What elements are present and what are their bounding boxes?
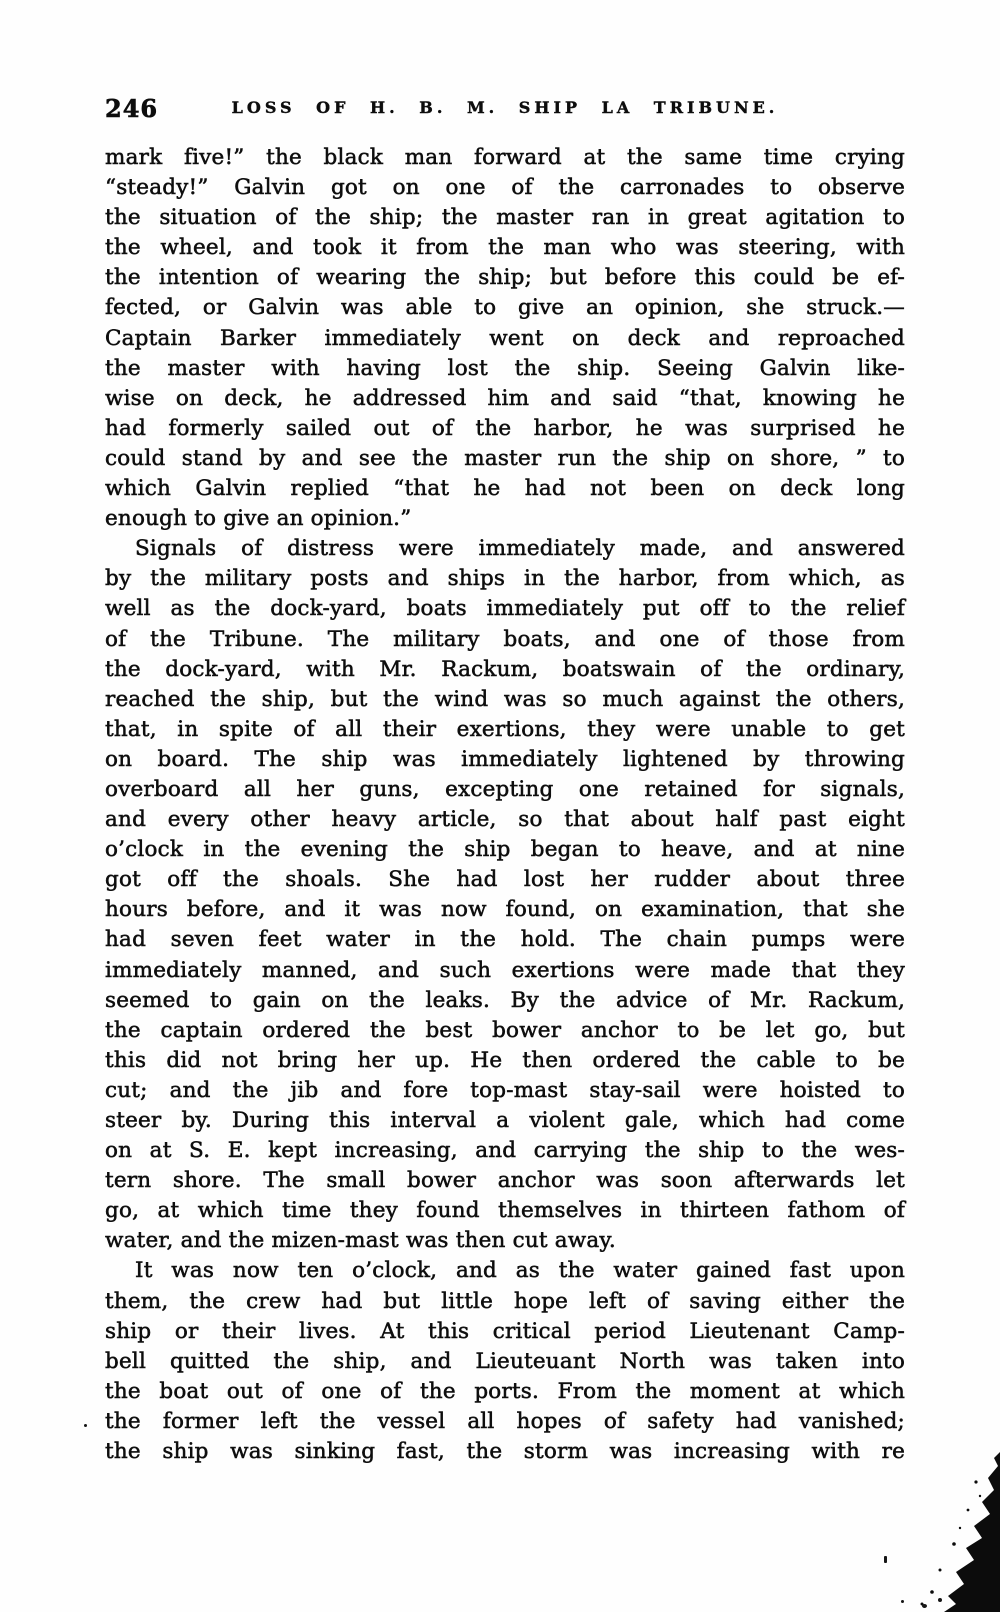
text-line: the master with having lost the ship. Se… (105, 354, 905, 384)
text-line: seemed to gain on the leaks. By the advi… (105, 986, 905, 1016)
text-line: that, in spite of all their exertions, t… (105, 715, 905, 745)
text-line: wise on deck, he addressed him and said … (105, 384, 905, 414)
ink-speck (922, 1604, 927, 1608)
ink-speck (84, 1424, 87, 1427)
text-line: overboard all her guns, excepting one re… (105, 775, 905, 805)
text-line: go, at which time they found themselves … (105, 1196, 905, 1226)
ink-speck (884, 1556, 887, 1563)
page-header: 246 LOSS OF H. B. M. SHIP LA TRIBUNE. (105, 94, 905, 124)
ink-speck (901, 1600, 904, 1603)
text-line: “steady!” Galvin got on one of the carro… (105, 173, 905, 203)
text-line: hours before, and it was now found, on e… (105, 895, 905, 925)
text-line: bell quitted the ship, and Lieuteuant No… (105, 1347, 905, 1377)
text-line: on board. The ship was immediately light… (105, 745, 905, 775)
body-text: mark five!” the black man forward at the… (105, 143, 905, 1467)
page-number: 246 (105, 94, 158, 123)
text-line: could stand by and see the master run th… (105, 444, 905, 474)
text-line: the situation of the ship; the master ra… (105, 203, 905, 233)
ink-speck (938, 1598, 942, 1602)
text-line: tern shore. The small bower anchor was s… (105, 1166, 905, 1196)
text-line: which Galvin replied “that he had not be… (105, 474, 905, 504)
text-line: this did not bring her up. He then order… (105, 1046, 905, 1076)
text-line: o’clock in the evening the ship began to… (105, 835, 905, 865)
book-page: 246 LOSS OF H. B. M. SHIP LA TRIBUNE. ma… (0, 0, 1000, 1612)
text-line: and every other heavy article, so that a… (105, 805, 905, 835)
text-line: by the military posts and ships in the h… (105, 564, 905, 594)
text-line: It was now ten o’clock, and as the water… (105, 1256, 905, 1286)
text-line: got off the shoals. She had lost her rud… (105, 865, 905, 895)
text-line: the ship was sinking fast, the storm was… (105, 1437, 905, 1467)
text-line: well as the dock-yard, boats immediately… (105, 594, 905, 624)
running-title: LOSS OF H. B. M. SHIP LA TRIBUNE. (232, 98, 779, 117)
text-line: Captain Barker immediately went on deck … (105, 324, 905, 354)
text-line: the boat out of one of the ports. From t… (105, 1377, 905, 1407)
text-line: ship or their lives. At this critical pe… (105, 1317, 905, 1347)
text-line: the dock-yard, with Mr. Rackum, boatswai… (105, 655, 905, 685)
text-line: mark five!” the black man forward at the… (105, 143, 905, 173)
text-line: reached the ship, but the wind was so mu… (105, 685, 905, 715)
text-line: fected, or Galvin was able to give an op… (105, 293, 905, 323)
text-line: the captain ordered the best bower ancho… (105, 1016, 905, 1046)
text-line: cut; and the jib and fore top-mast stay-… (105, 1076, 905, 1106)
text-line: the wheel, and took it from the man who … (105, 233, 905, 263)
text-line: on at S. E. kept increasing, and carryin… (105, 1136, 905, 1166)
text-line: Signals of distress were immediately mad… (105, 534, 905, 564)
text-line: the intention of wearing the ship; but b… (105, 263, 905, 293)
page-corner-shadow-icon (910, 1452, 1000, 1612)
text-line: the former left the vessel all hopes of … (105, 1407, 905, 1437)
text-line: had seven feet water in the hold. The ch… (105, 925, 905, 955)
text-line: them, the crew had but little hope left … (105, 1287, 905, 1317)
text-line: had formerly sailed out of the harbor, h… (105, 414, 905, 444)
text-line: enough to give an opinion.” (105, 504, 905, 534)
text-line: steer by. During this interval a violent… (105, 1106, 905, 1136)
text-line: water, and the mizen-mast was then cut a… (105, 1226, 905, 1256)
text-line: of the Tribune. The military boats, and … (105, 625, 905, 655)
text-line: immediately manned, and such exertions w… (105, 956, 905, 986)
